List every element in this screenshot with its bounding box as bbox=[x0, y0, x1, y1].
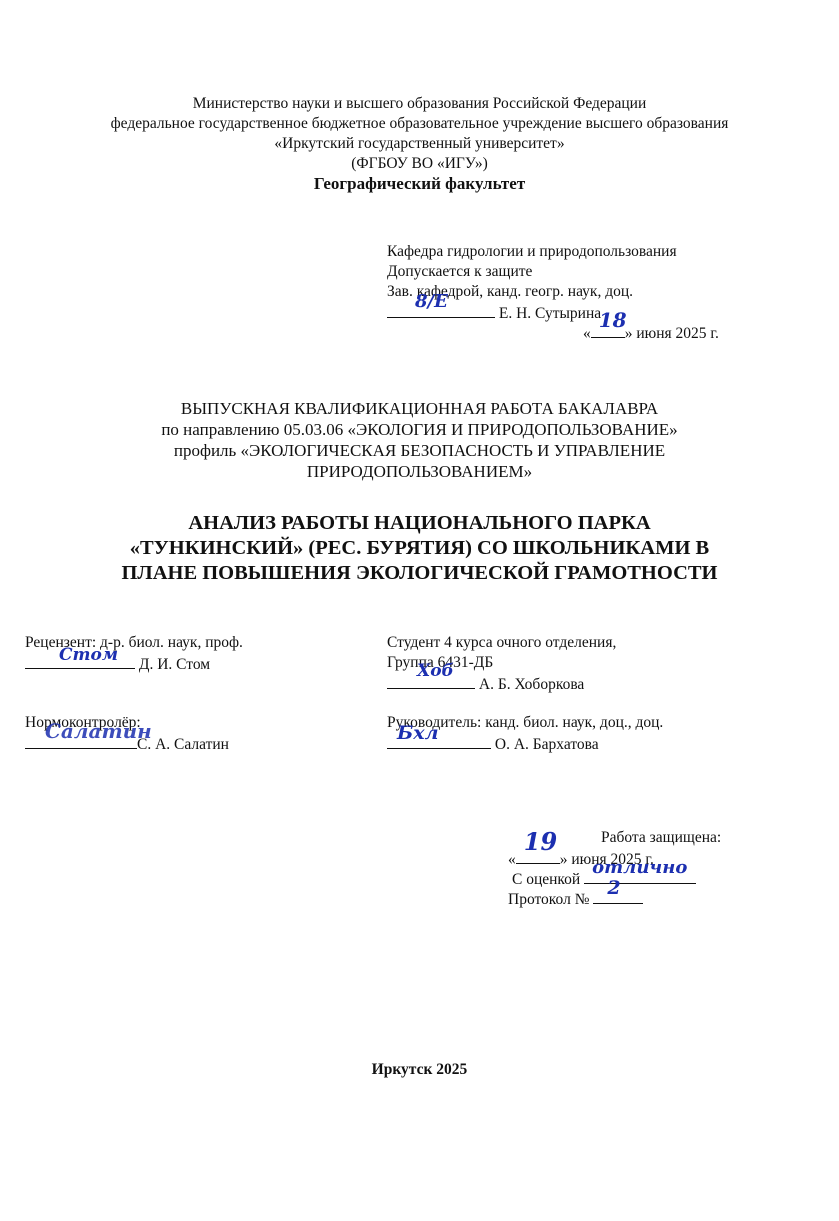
student-signature: Хоб bbox=[417, 661, 454, 681]
protocol-label: Протокол № bbox=[508, 891, 590, 908]
head-signature: 8/Е bbox=[415, 292, 448, 312]
student-signature-row: Хоб А. Б. Хоборкова bbox=[387, 673, 584, 695]
defense-grade-row: С оценкой отлично bbox=[512, 868, 696, 890]
city-year: Иркутск 2025 bbox=[0, 1060, 839, 1080]
department: Кафедра гидрологии и природопользования bbox=[387, 242, 677, 262]
reviewer-label: Рецензент: д-р. биол. наук, проф. bbox=[25, 633, 243, 653]
reviewer-name: Д. И. Стом bbox=[139, 656, 210, 673]
thesis-title-line-3: ПЛАНЕ ПОВЫШЕНИЯ ЭКОЛОГИЧЕСКОЙ ГРАМОТНОСТ… bbox=[0, 561, 839, 586]
grade-line: отлично bbox=[584, 868, 696, 884]
grade-label: С оценкой bbox=[512, 871, 580, 888]
supervisor-signature-row: Бхл О. А. Бархатова bbox=[387, 733, 599, 755]
admitted-to-defense: Допускается к защите bbox=[387, 262, 532, 282]
supervisor-signature-line: Бхл bbox=[387, 733, 491, 749]
thesis-title-line-2: «ТУНКИНСКИЙ» (РЕС. БУРЯТИЯ) СО ШКОЛЬНИКА… bbox=[0, 536, 839, 561]
reviewer-signature: Стом bbox=[59, 645, 118, 665]
work-type: ВЫПУСКНАЯ КВАЛИФИКАЦИОННАЯ РАБОТА БАКАЛА… bbox=[0, 398, 839, 419]
work-direction: по направлению 05.03.06 «ЭКОЛОГИЯ И ПРИР… bbox=[0, 419, 839, 440]
head-signature-row: 8/Е Е. Н. Сутырина bbox=[387, 302, 601, 324]
head-signature-line: 8/Е bbox=[387, 302, 495, 318]
student-label: Студент 4 курса очного отделения, bbox=[387, 633, 616, 653]
approval-date: «18» июня 2025 г. bbox=[583, 322, 719, 344]
approval-day: 18 bbox=[599, 310, 627, 330]
protocol-row: Протокол № 2 bbox=[508, 888, 643, 910]
defense-day: 19 bbox=[524, 832, 557, 852]
grade-value: отлично bbox=[592, 858, 687, 878]
normcontrol-signature-row: Салатин С. А. Салатин bbox=[25, 733, 229, 755]
normcontrol-signature: Салатин bbox=[45, 721, 152, 741]
head-name: Е. Н. Сутырина bbox=[499, 305, 601, 322]
student-name: А. Б. Хоборкова bbox=[479, 676, 584, 693]
work-profile-line-1: профиль «ЭКОЛОГИЧЕСКАЯ БЕЗОПАСНОСТЬ И УП… bbox=[0, 440, 839, 461]
thesis-title-line-1: АНАЛИЗ РАБОТЫ НАЦИОНАЛЬНОГО ПАРКА bbox=[0, 511, 839, 536]
institution-type: федеральное государственное бюджетное об… bbox=[0, 114, 839, 134]
approval-day-line: 18 bbox=[591, 322, 625, 338]
student-signature-line: Хоб bbox=[387, 673, 475, 689]
university-abbr: (ФГБОУ ВО «ИГУ») bbox=[0, 154, 839, 174]
faculty: Географический факультет bbox=[0, 174, 839, 194]
reviewer-signature-row: Стом Д. И. Стом bbox=[25, 653, 210, 675]
supervisor-signature: Бхл bbox=[397, 723, 438, 743]
ministry: Министерство науки и высшего образования… bbox=[0, 94, 839, 114]
protocol-line: 2 bbox=[593, 888, 643, 904]
defense-day-line: 19 bbox=[516, 848, 560, 864]
normcontrol-signature-line: Салатин bbox=[25, 733, 137, 749]
university: «Иркутский государственный университет» bbox=[0, 134, 839, 154]
defense-label: Работа защищена: bbox=[601, 828, 721, 848]
reviewer-signature-line: Стом bbox=[25, 653, 135, 669]
protocol-value: 2 bbox=[607, 878, 620, 898]
work-profile-line-2: ПРИРОДОПОЛЬЗОВАНИЕМ» bbox=[0, 461, 839, 482]
supervisor-name: О. А. Бархатова bbox=[495, 736, 599, 753]
